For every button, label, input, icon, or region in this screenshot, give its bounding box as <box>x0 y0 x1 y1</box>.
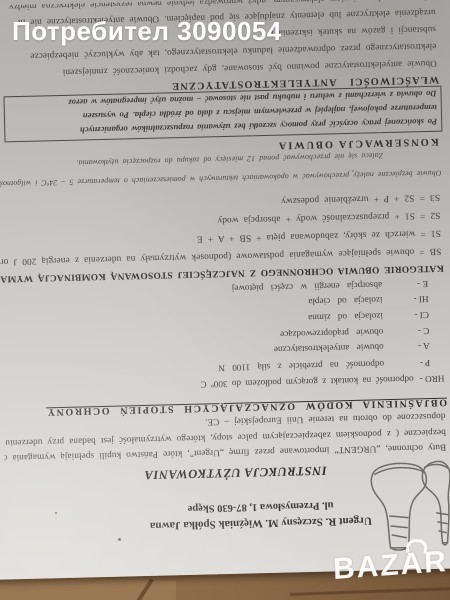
antistatic-header: WŁAŚCIWOŚCI ANTYELEKTROSTATYCZNE <box>171 74 439 92</box>
code-label: C - <box>383 325 443 338</box>
maintenance-line: Do obuwia z wierzchami z weluru i nubuku… <box>8 86 436 111</box>
maintenance-header: KONSERWACJA OBUWIA <box>277 136 439 151</box>
code-row: P - odporność na przebicie z siłą 1100 N <box>218 357 444 375</box>
code-label: P - <box>384 357 444 370</box>
paper-sheet: Urgent R. Szczęsny M. Więźniak Spółka Ja… <box>0 0 450 580</box>
code-row: CI - izolacja od zimna <box>308 309 443 324</box>
code-desc: odporność na kontakt z gorącym podłożem … <box>200 373 414 390</box>
photo-of-document: { "overlay": { "viewer_label": "Потребит… <box>0 0 450 600</box>
codes-header: OBJAŚNIENIA KODÓW OZNACZAJĄCYCH STOPIEŃ … <box>46 397 447 418</box>
code-desc: izolacja od ciepła <box>308 294 383 308</box>
code-desc: obuwie antyelektrostatyczne <box>274 341 384 356</box>
category-line: S2 = S1 + przepuszczalność wody + absorp… <box>217 209 440 226</box>
code-desc: absorpcja energii w części piętowej <box>232 279 383 295</box>
document-content: Urgent R. Szczęsny M. Więźniak Spółka Ja… <box>0 0 450 579</box>
code-row: E - absorpcja energii w części piętowej <box>232 278 443 295</box>
bazar-watermark-text: BAZAR <box>333 545 449 586</box>
category-line: S1 = wierzch ze skóry, zabudowana pięta … <box>197 227 441 245</box>
antistatic-line: ochrony przed porażeniem elektrycznym, g… <box>9 0 436 13</box>
maintenance-line: temperaturze pokojowej, najlepiej w prze… <box>9 100 437 125</box>
boots-logo-icon <box>354 444 450 558</box>
company-name: Urgent R. Szczęsny M. Więźniak Spółka Ja… <box>96 513 426 533</box>
storage-line: Obuwie bezpieczne należy przechowywać w … <box>0 167 442 190</box>
doc-title: INSTRUKCJA UŻYTKOWANIA <box>144 463 327 482</box>
code-desc: obuwie prądoprzewodzące <box>280 326 383 341</box>
code-label: E - <box>382 278 442 291</box>
intro-line: Buty ochronne, „URGENT” importowane prze… <box>0 442 446 466</box>
intro-line: bezpieczne ( z podnoskiem zabezpieczając… <box>0 427 446 452</box>
code-label: HI - <box>382 293 442 306</box>
category-line: SB = obuwie spełniające wymagania podsta… <box>0 245 441 270</box>
antistatic-line: substancji i gazów na skutek iskrzenia i <box>271 24 436 40</box>
code-label: CI - <box>383 309 443 322</box>
code-row: HI - izolacja od ciepła <box>308 293 443 308</box>
code-desc: izolacja od zimna <box>308 310 383 324</box>
intro-line: dopuszczone do obrotu na terenie Unii Eu… <box>205 411 446 429</box>
company-address: ul. Przemysłowa 1, 87-630 Skępe <box>95 497 425 516</box>
paper-speck <box>352 170 354 172</box>
cardboard-seam <box>290 587 450 596</box>
code-label: HRO - <box>420 373 445 386</box>
antistatic-line: Obuwie antyelektrostatyczne powinno być … <box>63 58 437 79</box>
maintenance-box: Po skończonej pracy oczyścić przy pomocy… <box>3 86 442 143</box>
bazar-watermark: BAZAR <box>333 545 449 587</box>
paper-speck <box>55 512 57 514</box>
maintenance-line: Po skończonej pracy oczyścić przy pomocy… <box>9 115 437 140</box>
code-label: A - <box>384 340 444 353</box>
viewer-overlay-label: Потребител 3090054 <box>12 16 282 47</box>
code-row: C - obuwie prądoprzewodzące <box>280 325 443 341</box>
code-row: HRO - odporność na kontakt z gorącym pod… <box>200 373 444 391</box>
storage-line: Zaleca się nie przechowywać ponad 12 mie… <box>76 149 383 168</box>
code-desc: odporność na przebicie z siłą 1100 N <box>218 358 384 374</box>
categories-header: KATEGORIE OBUWIA OCHRONNEGO Z NAJCZĘŚCIE… <box>0 263 444 284</box>
paper-speck <box>118 538 121 541</box>
category-line: S3 = S2 + P + urzeźbienie podeszwy <box>281 191 440 207</box>
code-row: A - obuwie antyelektrostatyczne <box>274 340 444 356</box>
